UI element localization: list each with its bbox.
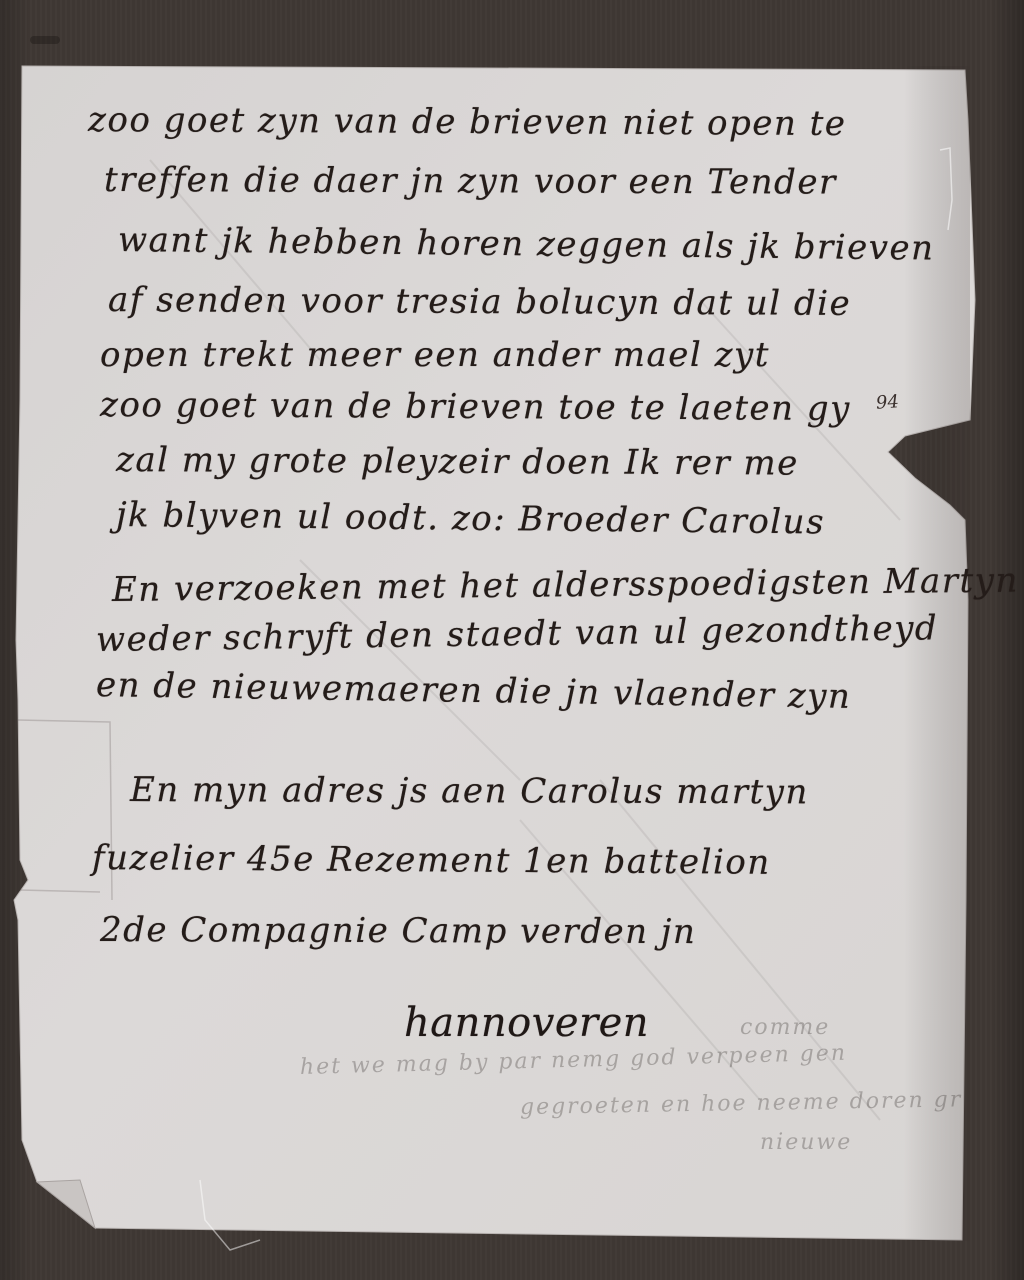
letter-line-5: open trekt meer een ander mael zyt bbox=[100, 335, 770, 375]
letter-line-10: weder schryft den staedt van ul gezondth… bbox=[96, 608, 939, 660]
letter-line-4: af senden voor tresia bolucyn dat ul die bbox=[108, 280, 851, 324]
closing-place: hannoveren bbox=[404, 1000, 649, 1046]
letter-line-6: zoo goet van de brieven toe te laeten gy bbox=[100, 385, 851, 429]
letter-line-11: en de nieuwemaeren die jn vlaender zyn bbox=[96, 665, 852, 717]
letter-line-2: treffen die daer jn zyn voor een Tender bbox=[104, 160, 837, 203]
address-line-3: 2de Compagnie Camp verden jn bbox=[100, 910, 696, 952]
letter-line-3: want jk hebben horen zeggen als jk briev… bbox=[118, 220, 935, 269]
bleed-through-line-4: nieuwe bbox=[760, 1130, 852, 1155]
bleed-through-line-3: gegroeten en hoe neeme doren gr bbox=[520, 1087, 963, 1120]
letter-line-7: zal my grote pleyzeir doen Ik rer me bbox=[116, 440, 799, 484]
letter-line-9: En verzoeken met het aldersspoedigsten M… bbox=[112, 561, 1019, 610]
letter-body: zoo goet zyn van de brieven niet open te… bbox=[0, 0, 1024, 1280]
address-line-1: En myn adres js aen Carolus martyn bbox=[130, 770, 809, 812]
address-line-2: fuzelier 45e Rezement 1en battelion bbox=[92, 838, 771, 883]
letter-line-1: zoo goet zyn van de brieven niet open te bbox=[88, 100, 847, 144]
letter-line-8: jk blyven ul oodt. zo: Broeder Carolus bbox=[116, 495, 825, 542]
bleed-through-line-2: het we mag by par nemg god verpeen gen bbox=[300, 1041, 848, 1080]
bleed-through-line-1: comme bbox=[740, 1015, 830, 1040]
margin-note-number: 94 bbox=[875, 391, 899, 414]
